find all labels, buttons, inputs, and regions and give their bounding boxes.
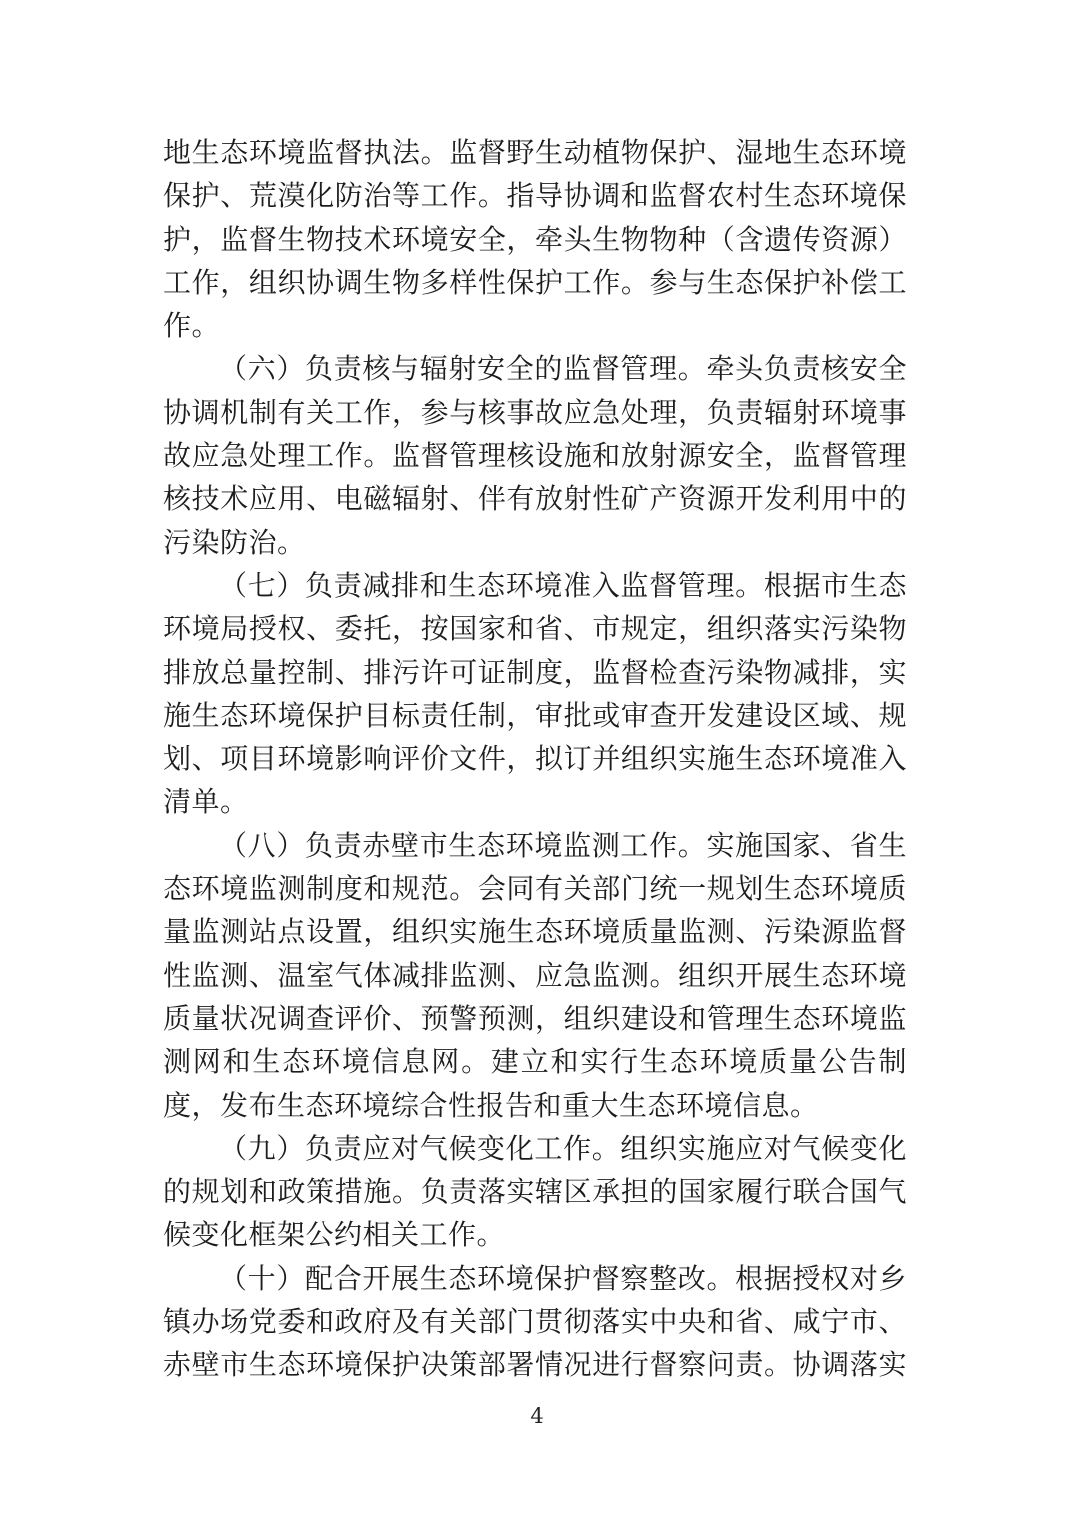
text-line: 作。 (163, 304, 907, 347)
text-line: 测网和生态环境信息网。建立和实行生态环境质量公告制 (163, 1040, 907, 1083)
text-line: 保护、荒漠化防治等工作。指导协调和监督农村生态环境保 (163, 174, 907, 217)
paragraph-item-ten: （十）配合开展生态环境保护督察整改。根据授权对乡 镇办场党委和政府及有关部门贯彻… (163, 1257, 907, 1387)
text-line: 排放总量控制、排污许可证制度，监督检查污染物减排，实 (163, 651, 907, 694)
text-line: 协调机制有关工作，参与核事故应急处理，负责辐射环境事 (163, 391, 907, 434)
text-line: 质量状况调查评价、预警预测，组织建设和管理生态环境监 (163, 997, 907, 1040)
text-line: 镇办场党委和政府及有关部门贯彻落实中央和省、咸宁市、 (163, 1300, 907, 1343)
document-page: 地生态环境监督执法。监督野生动植物保护、湿地生态环境 保护、荒漠化防治等工作。指… (0, 0, 1074, 1520)
text-line: 施生态环境保护目标责任制，审批或审查开发建设区域、规 (163, 694, 907, 737)
paragraph-item-nine: （九）负责应对气候变化工作。组织实施应对气候变化 的规划和政策措施。负责落实辖区… (163, 1127, 907, 1257)
text-line: （十）配合开展生态环境保护督察整改。根据授权对乡 (163, 1257, 907, 1300)
text-line: 划、项目环境影响评价文件，拟订并组织实施生态环境准入 (163, 737, 907, 780)
text-line: （八）负责赤壁市生态环境监测工作。实施国家、省生 (163, 824, 907, 867)
text-line: 工作，组织协调生物多样性保护工作。参与生态保护补偿工 (163, 261, 907, 304)
text-line: 候变化框架公约相关工作。 (163, 1213, 907, 1256)
text-line: 赤壁市生态环境保护决策部署情况进行督察问责。协调落实 (163, 1343, 907, 1386)
paragraph-item-eight: （八）负责赤壁市生态环境监测工作。实施国家、省生 态环境监测制度和规范。会同有关… (163, 824, 907, 1127)
paragraph-continued: 地生态环境监督执法。监督野生动植物保护、湿地生态环境 保护、荒漠化防治等工作。指… (163, 131, 907, 347)
text-line: （九）负责应对气候变化工作。组织实施应对气候变化 (163, 1127, 907, 1170)
text-line: 量监测站点设置，组织实施生态环境质量监测、污染源监督 (163, 910, 907, 953)
text-line: 故应急处理工作。监督管理核设施和放射源安全，监督管理 (163, 434, 907, 477)
text-line: 性监测、温室气体减排监测、应急监测。组织开展生态环境 (163, 954, 907, 997)
text-line: （七）负责减排和生态环境准入监督管理。根据市生态 (163, 564, 907, 607)
text-line: 环境局授权、委托，按国家和省、市规定，组织落实污染物 (163, 607, 907, 650)
text-line: 度，发布生态环境综合性报告和重大生态环境信息。 (163, 1084, 907, 1127)
text-block: 地生态环境监督执法。监督野生动植物保护、湿地生态环境 保护、荒漠化防治等工作。指… (163, 131, 907, 1387)
text-line: 的规划和政策措施。负责落实辖区承担的国家履行联合国气 (163, 1170, 907, 1213)
text-line: 清单。 (163, 780, 907, 823)
text-line: 护，监督生物技术环境安全，牵头生物物种（含遗传资源） (163, 218, 907, 261)
text-line: （六）负责核与辐射安全的监督管理。牵头负责核安全 (163, 347, 907, 390)
text-line: 态环境监测制度和规范。会同有关部门统一规划生态环境质 (163, 867, 907, 910)
text-line: 核技术应用、电磁辐射、伴有放射性矿产资源开发利用中的 (163, 477, 907, 520)
text-line: 污染防治。 (163, 521, 907, 564)
text-line: 地生态环境监督执法。监督野生动植物保护、湿地生态环境 (163, 131, 907, 174)
page-number: 4 (0, 1401, 1074, 1431)
paragraph-item-six: （六）负责核与辐射安全的监督管理。牵头负责核安全 协调机制有关工作，参与核事故应… (163, 347, 907, 563)
paragraph-item-seven: （七）负责减排和生态环境准入监督管理。根据市生态 环境局授权、委托，按国家和省、… (163, 564, 907, 824)
